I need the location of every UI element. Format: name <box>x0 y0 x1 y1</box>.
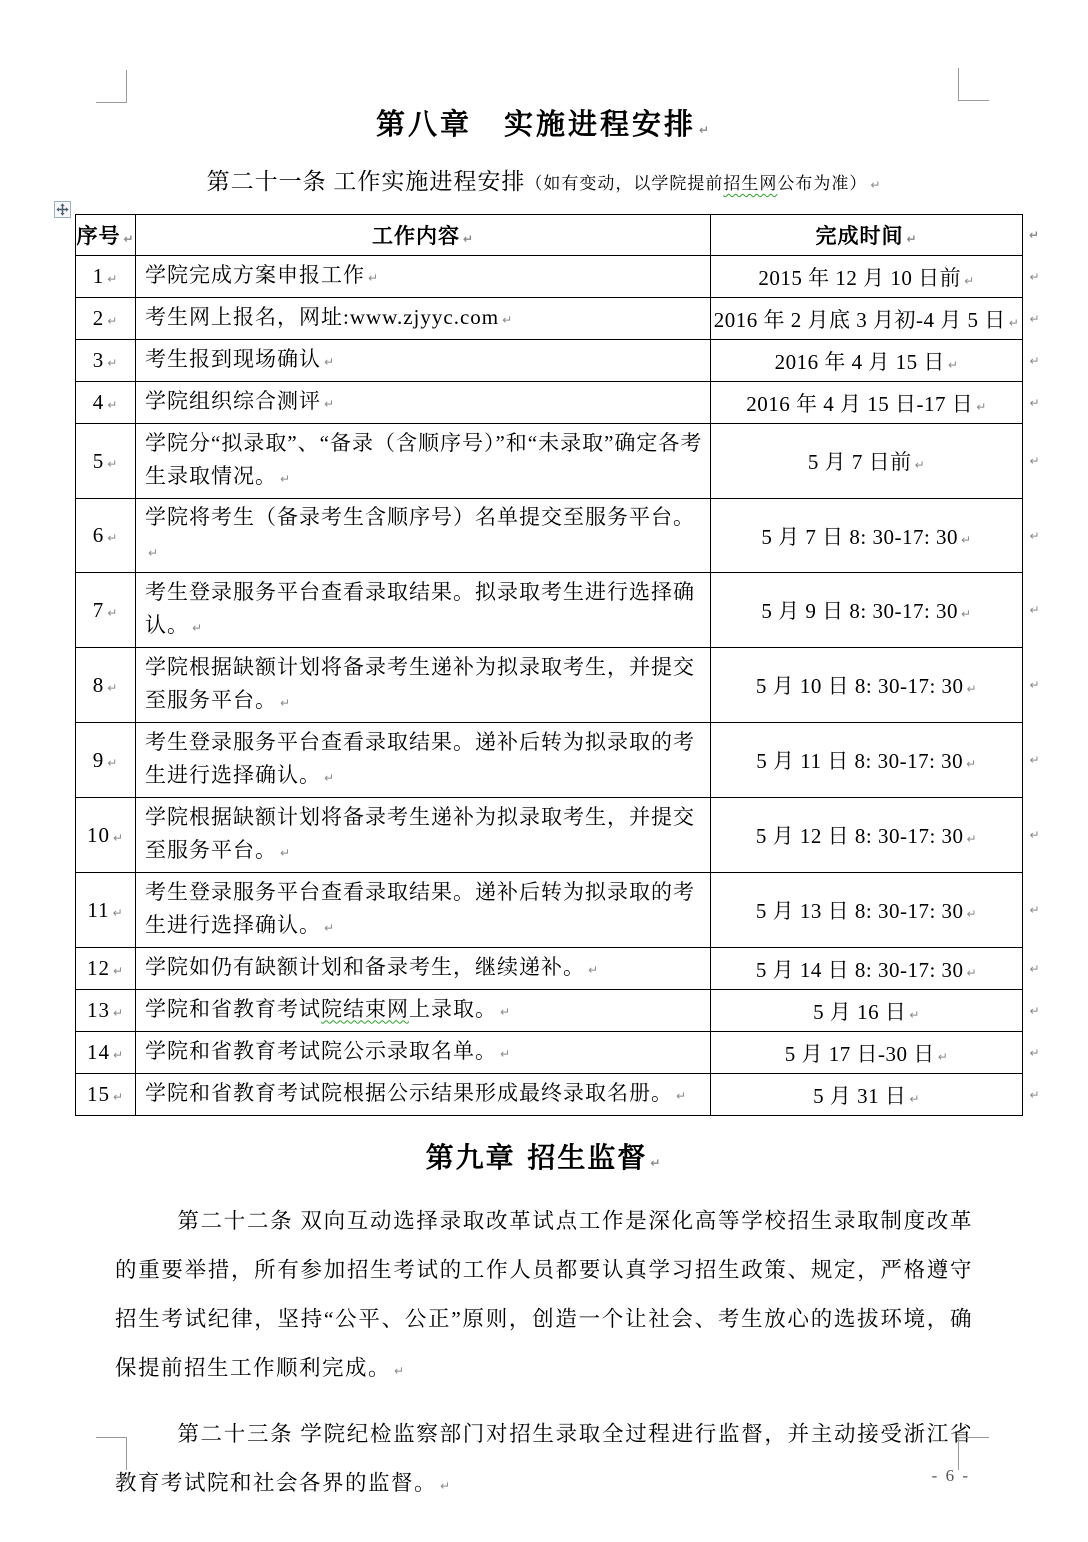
completion-time-cell: 5 月 11 日 8: 30-17: 30↵↵ <box>711 723 1023 798</box>
work-content-cell: 学院分“拟录取”、“备录（含顺序号）”和“未录取”确定各考生录取情况。↵ <box>136 424 711 499</box>
clause-note-post: 公布为准） <box>777 174 867 193</box>
page-number: - 6 - <box>932 1466 970 1486</box>
schedule-table-wrapper: 序号↵ 工作内容↵ 完成时间↵↵ 1↵ 学院完成方案申报工作↵ 2015 年 1… <box>75 214 1022 1116</box>
row-end-mark: ↵ <box>1029 529 1040 543</box>
completion-time-cell: 5 月 31 日↵↵ <box>711 1074 1023 1116</box>
cell-end-mark: ↵ <box>463 232 474 246</box>
work-content-cell: 考生登录服务平台查看录取结果。递补后转为拟录取的考生进行选择确认。↵ <box>136 873 711 948</box>
crop-mark-top-left <box>96 70 127 103</box>
table-row: 11↵ 考生登录服务平台查看录取结果。递补后转为拟录取的考生进行选择确认。↵ 5… <box>76 873 1023 948</box>
chapter8-title-text: 第八章 实施进程安排 <box>376 107 696 141</box>
header-no: 序号↵ <box>76 215 136 256</box>
table-move-handle[interactable] <box>54 201 71 218</box>
row-number-cell: 7↵ <box>76 573 136 648</box>
work-content-cell: 学院完成方案申报工作↵ <box>136 256 711 298</box>
table-row: 6↵ 学院将考生（备录考生含顺序号）名单提交至服务平台。↵ 5 月 7 日 8:… <box>76 499 1023 573</box>
crop-mark-bottom-left <box>96 1437 127 1470</box>
cell-end-mark: ↵ <box>107 681 118 695</box>
cell-end-mark: ↵ <box>113 831 124 845</box>
cell-end-mark: ↵ <box>500 1005 511 1019</box>
cell-end-mark: ↵ <box>113 1048 124 1062</box>
row-end-mark: ↵ <box>1029 1046 1040 1060</box>
cell-end-mark: ↵ <box>107 531 118 545</box>
cell-end-mark: ↵ <box>324 397 335 411</box>
row-number-cell: 13↵ <box>76 990 136 1032</box>
cell-end-mark: ↵ <box>967 907 978 921</box>
clause-21-heading: 第二十一条 工作实施进程安排（如有变动，以学院提前招生网公布为准）↵ <box>0 164 1088 203</box>
table-row: 9↵ 考生登录服务平台查看录取结果。递补后转为拟录取的考生进行选择确认。↵ 5 … <box>76 723 1023 798</box>
table-row: 12↵ 学院如仍有缺额计划和备录考生，继续递补。↵ 5 月 14 日 8: 30… <box>76 948 1023 990</box>
row-number-cell: 11↵ <box>76 873 136 948</box>
cell-end-mark: ↵ <box>1009 316 1020 330</box>
table-row: 10↵ 学院根据缺额计划将备录考生递补为拟录取考生，并提交至服务平台。↵ 5 月… <box>76 798 1023 873</box>
chapter9-title: 第九章 招生监督↵ <box>0 1138 1088 1183</box>
work-content-cell: 考生网上报名，网址:www.zjyyc.com↵ <box>136 298 711 340</box>
row-number-cell: 1↵ <box>76 256 136 298</box>
completion-time-cell: 5 月 7 日 8: 30-17: 30↵↵ <box>711 499 1023 573</box>
cell-end-mark: ↵ <box>113 906 124 920</box>
chapter8-title: 第八章 实施进程安排↵ <box>0 103 1088 151</box>
schedule-table: 序号↵ 工作内容↵ 完成时间↵↵ 1↵ 学院完成方案申报工作↵ 2015 年 1… <box>75 214 1023 1116</box>
row-number-cell: 4↵ <box>76 382 136 424</box>
work-content-cell: 考生报到现场确认↵ <box>136 340 711 382</box>
clause-note-pre: （如有变动，以学院提前 <box>525 174 723 193</box>
cell-end-mark: ↵ <box>961 607 972 621</box>
cell-end-mark: ↵ <box>123 232 134 246</box>
work-content-cell: 学院如仍有缺额计划和备录考生，继续递补。↵ <box>136 948 711 990</box>
row-end-mark: ↵ <box>1029 270 1040 284</box>
work-content-cell: 学院和省教育考试院根据公示结果形成最终录取名册。↵ <box>136 1074 711 1116</box>
table-row: 14↵ 学院和省教育考试院公示录取名单。↵ 5 月 17 日-30 日↵↵ <box>76 1032 1023 1074</box>
table-row: 8↵ 学院根据缺额计划将备录考生递补为拟录取考生，并提交至服务平台。↵ 5 月 … <box>76 648 1023 723</box>
cell-end-mark: ↵ <box>324 355 335 369</box>
spellcheck-wavy-text: 招生网 <box>723 174 777 193</box>
table-header-row: 序号↵ 工作内容↵ 完成时间↵↵ <box>76 215 1023 256</box>
row-end-mark: ↵ <box>1029 354 1040 368</box>
completion-time-cell: 5 月 10 日 8: 30-17: 30↵↵ <box>711 648 1023 723</box>
header-content: 工作内容↵ <box>136 215 711 256</box>
cell-end-mark: ↵ <box>500 1047 511 1061</box>
paragraph-clause-23: 第二十三条 学院纪检监察部门对招生录取全过程进行监督，并主动接受浙江省教育考试院… <box>115 1410 973 1511</box>
cell-end-mark: ↵ <box>113 1090 124 1104</box>
cell-end-mark: ↵ <box>588 963 599 977</box>
row-number-cell: 15↵ <box>76 1074 136 1116</box>
row-number-cell: 3↵ <box>76 340 136 382</box>
cell-end-mark: ↵ <box>107 398 118 412</box>
work-content-cell: 学院组织综合测评↵ <box>136 382 711 424</box>
stray-paragraph-mark: ↵ <box>121 1472 132 1487</box>
cell-end-mark: ↵ <box>948 358 959 372</box>
table-row: 7↵ 考生登录服务平台查看录取结果。拟录取考生进行选择确认。↵ 5 月 9 日 … <box>76 573 1023 648</box>
cell-end-mark: ↵ <box>107 356 118 370</box>
cell-end-mark: ↵ <box>964 274 975 288</box>
table-row: 3↵ 考生报到现场确认↵ 2016 年 4 月 15 日↵↵ <box>76 340 1023 382</box>
paragraph-end-mark: ↵ <box>870 178 881 192</box>
document-page: 第八章 实施进程安排↵ 第二十一条 工作实施进程安排（如有变动，以学院提前招生网… <box>0 0 1088 1542</box>
row-end-mark: ↵ <box>1029 962 1040 976</box>
row-number-cell: 2↵ <box>76 298 136 340</box>
clause-21-note: （如有变动，以学院提前招生网公布为准） <box>525 174 867 193</box>
row-number-cell: 14↵ <box>76 1032 136 1074</box>
completion-time-cell: 5 月 14 日 8: 30-17: 30↵↵ <box>711 948 1023 990</box>
cell-end-mark: ↵ <box>976 400 987 414</box>
cell-end-mark: ↵ <box>324 921 335 935</box>
cell-end-mark: ↵ <box>113 964 124 978</box>
row-number-cell: 8↵ <box>76 648 136 723</box>
table-row: 4↵ 学院组织综合测评↵ 2016 年 4 月 15 日-17 日↵↵ <box>76 382 1023 424</box>
cell-end-mark: ↵ <box>915 458 926 472</box>
clause-21-text: 第二十一条 工作实施进程安排 <box>207 169 526 194</box>
work-content-cell: 考生登录服务平台查看录取结果。拟录取考生进行选择确认。↵ <box>136 573 711 648</box>
cell-end-mark: ↵ <box>967 832 978 846</box>
cell-end-mark: ↵ <box>107 457 118 471</box>
cell-end-mark: ↵ <box>192 621 203 635</box>
cell-end-mark: ↵ <box>961 533 972 547</box>
row-number-cell: 6↵ <box>76 499 136 573</box>
row-end-mark: ↵ <box>1029 1088 1040 1102</box>
row-end-mark: ↵ <box>1029 228 1040 242</box>
completion-time-cell: 5 月 17 日-30 日↵↵ <box>711 1032 1023 1074</box>
table-row: 2↵ 考生网上报名，网址:www.zjyyc.com↵ 2016 年 2 月底 … <box>76 298 1023 340</box>
cell-end-mark: ↵ <box>502 313 513 327</box>
paragraph-clause-22: 第二十二条 双向互动选择录取改革试点工作是深化高等学校招生录取制度改革的重要举措… <box>115 1197 973 1396</box>
cell-end-mark: ↵ <box>148 546 159 560</box>
work-content-cell: 学院和省教育考试院结束网上录取。↵ <box>136 990 711 1032</box>
row-end-mark: ↵ <box>1029 678 1040 692</box>
cell-end-mark: ↵ <box>280 696 291 710</box>
completion-time-cell: 5 月 13 日 8: 30-17: 30↵↵ <box>711 873 1023 948</box>
cell-end-mark: ↵ <box>280 472 291 486</box>
cell-end-mark: ↵ <box>909 1092 920 1106</box>
completion-time-cell: 5 月 9 日 8: 30-17: 30↵↵ <box>711 573 1023 648</box>
move-arrows-icon <box>56 203 69 216</box>
completion-time-cell: 2015 年 12 月 10 日前↵↵ <box>711 256 1023 298</box>
row-end-mark: ↵ <box>1029 454 1040 468</box>
paragraph-end-mark: ↵ <box>699 123 712 137</box>
paragraph-end-mark: ↵ <box>440 1479 452 1493</box>
cell-end-mark: ↵ <box>909 1008 920 1022</box>
cell-end-mark: ↵ <box>967 966 978 980</box>
cell-end-mark: ↵ <box>107 272 118 286</box>
completion-time-cell: 5 月 7 日前↵↵ <box>711 424 1023 499</box>
cell-end-mark: ↵ <box>368 271 379 285</box>
table-row: 13↵ 学院和省教育考试院结束网上录取。↵ 5 月 16 日↵↵ <box>76 990 1023 1032</box>
row-number-cell: 10↵ <box>76 798 136 873</box>
completion-time-cell: 5 月 12 日 8: 30-17: 30↵↵ <box>711 798 1023 873</box>
work-content-cell: 学院和省教育考试院公示录取名单。↵ <box>136 1032 711 1074</box>
cell-end-mark: ↵ <box>966 757 977 771</box>
work-content-cell: 学院将考生（备录考生含顺序号）名单提交至服务平台。↵ <box>136 499 711 573</box>
completion-time-cell: 2016 年 2 月底 3 月初-4 月 5 日↵↵ <box>711 298 1023 340</box>
table-row: 5↵ 学院分“拟录取”、“备录（含顺序号）”和“未录取”确定各考生录取情况。↵ … <box>76 424 1023 499</box>
row-end-mark: ↵ <box>1029 828 1040 842</box>
cell-end-mark: ↵ <box>967 682 978 696</box>
spellcheck-wavy-text: 院结束网 <box>321 997 409 1021</box>
completion-time-cell: 2016 年 4 月 15 日-17 日↵↵ <box>711 382 1023 424</box>
work-content-cell: 考生登录服务平台查看录取结果。递补后转为拟录取的考生进行选择确认。↵ <box>136 723 711 798</box>
cell-end-mark: ↵ <box>107 314 118 328</box>
work-content-cell: 学院根据缺额计划将备录考生递补为拟录取考生，并提交至服务平台。↵ <box>136 648 711 723</box>
table-row: 15↵ 学院和省教育考试院根据公示结果形成最终录取名册。↵ 5 月 31 日↵↵ <box>76 1074 1023 1116</box>
cell-end-mark: ↵ <box>938 1050 949 1064</box>
completion-time-cell: 2016 年 4 月 15 日↵↵ <box>711 340 1023 382</box>
cell-end-mark: ↵ <box>113 1006 124 1020</box>
cell-end-mark: ↵ <box>107 606 118 620</box>
header-time: 完成时间↵↵ <box>711 215 1023 256</box>
row-end-mark: ↵ <box>1029 903 1040 917</box>
row-number-cell: 5↵ <box>76 424 136 499</box>
cell-end-mark: ↵ <box>107 756 118 770</box>
paragraph-end-mark: ↵ <box>394 1364 406 1378</box>
row-end-mark: ↵ <box>1029 312 1040 326</box>
cell-end-mark: ↵ <box>906 232 917 246</box>
cell-end-mark: ↵ <box>324 771 335 785</box>
crop-mark-top-right <box>958 68 989 101</box>
paragraph-end-mark: ↵ <box>650 1156 662 1170</box>
completion-time-cell: 5 月 16 日↵↵ <box>711 990 1023 1032</box>
row-end-mark: ↵ <box>1029 753 1040 767</box>
row-number-cell: 12↵ <box>76 948 136 990</box>
table-row: 1↵ 学院完成方案申报工作↵ 2015 年 12 月 10 日前↵↵ <box>76 256 1023 298</box>
row-end-mark: ↵ <box>1029 396 1040 410</box>
cell-end-mark: ↵ <box>676 1089 687 1103</box>
row-end-mark: ↵ <box>1029 603 1040 617</box>
chapter9-title-text: 第九章 招生监督 <box>426 1141 648 1174</box>
row-number-cell: 9↵ <box>76 723 136 798</box>
row-end-mark: ↵ <box>1029 1004 1040 1018</box>
cell-end-mark: ↵ <box>280 846 291 860</box>
work-content-cell: 学院根据缺额计划将备录考生递补为拟录取考生，并提交至服务平台。↵ <box>136 798 711 873</box>
